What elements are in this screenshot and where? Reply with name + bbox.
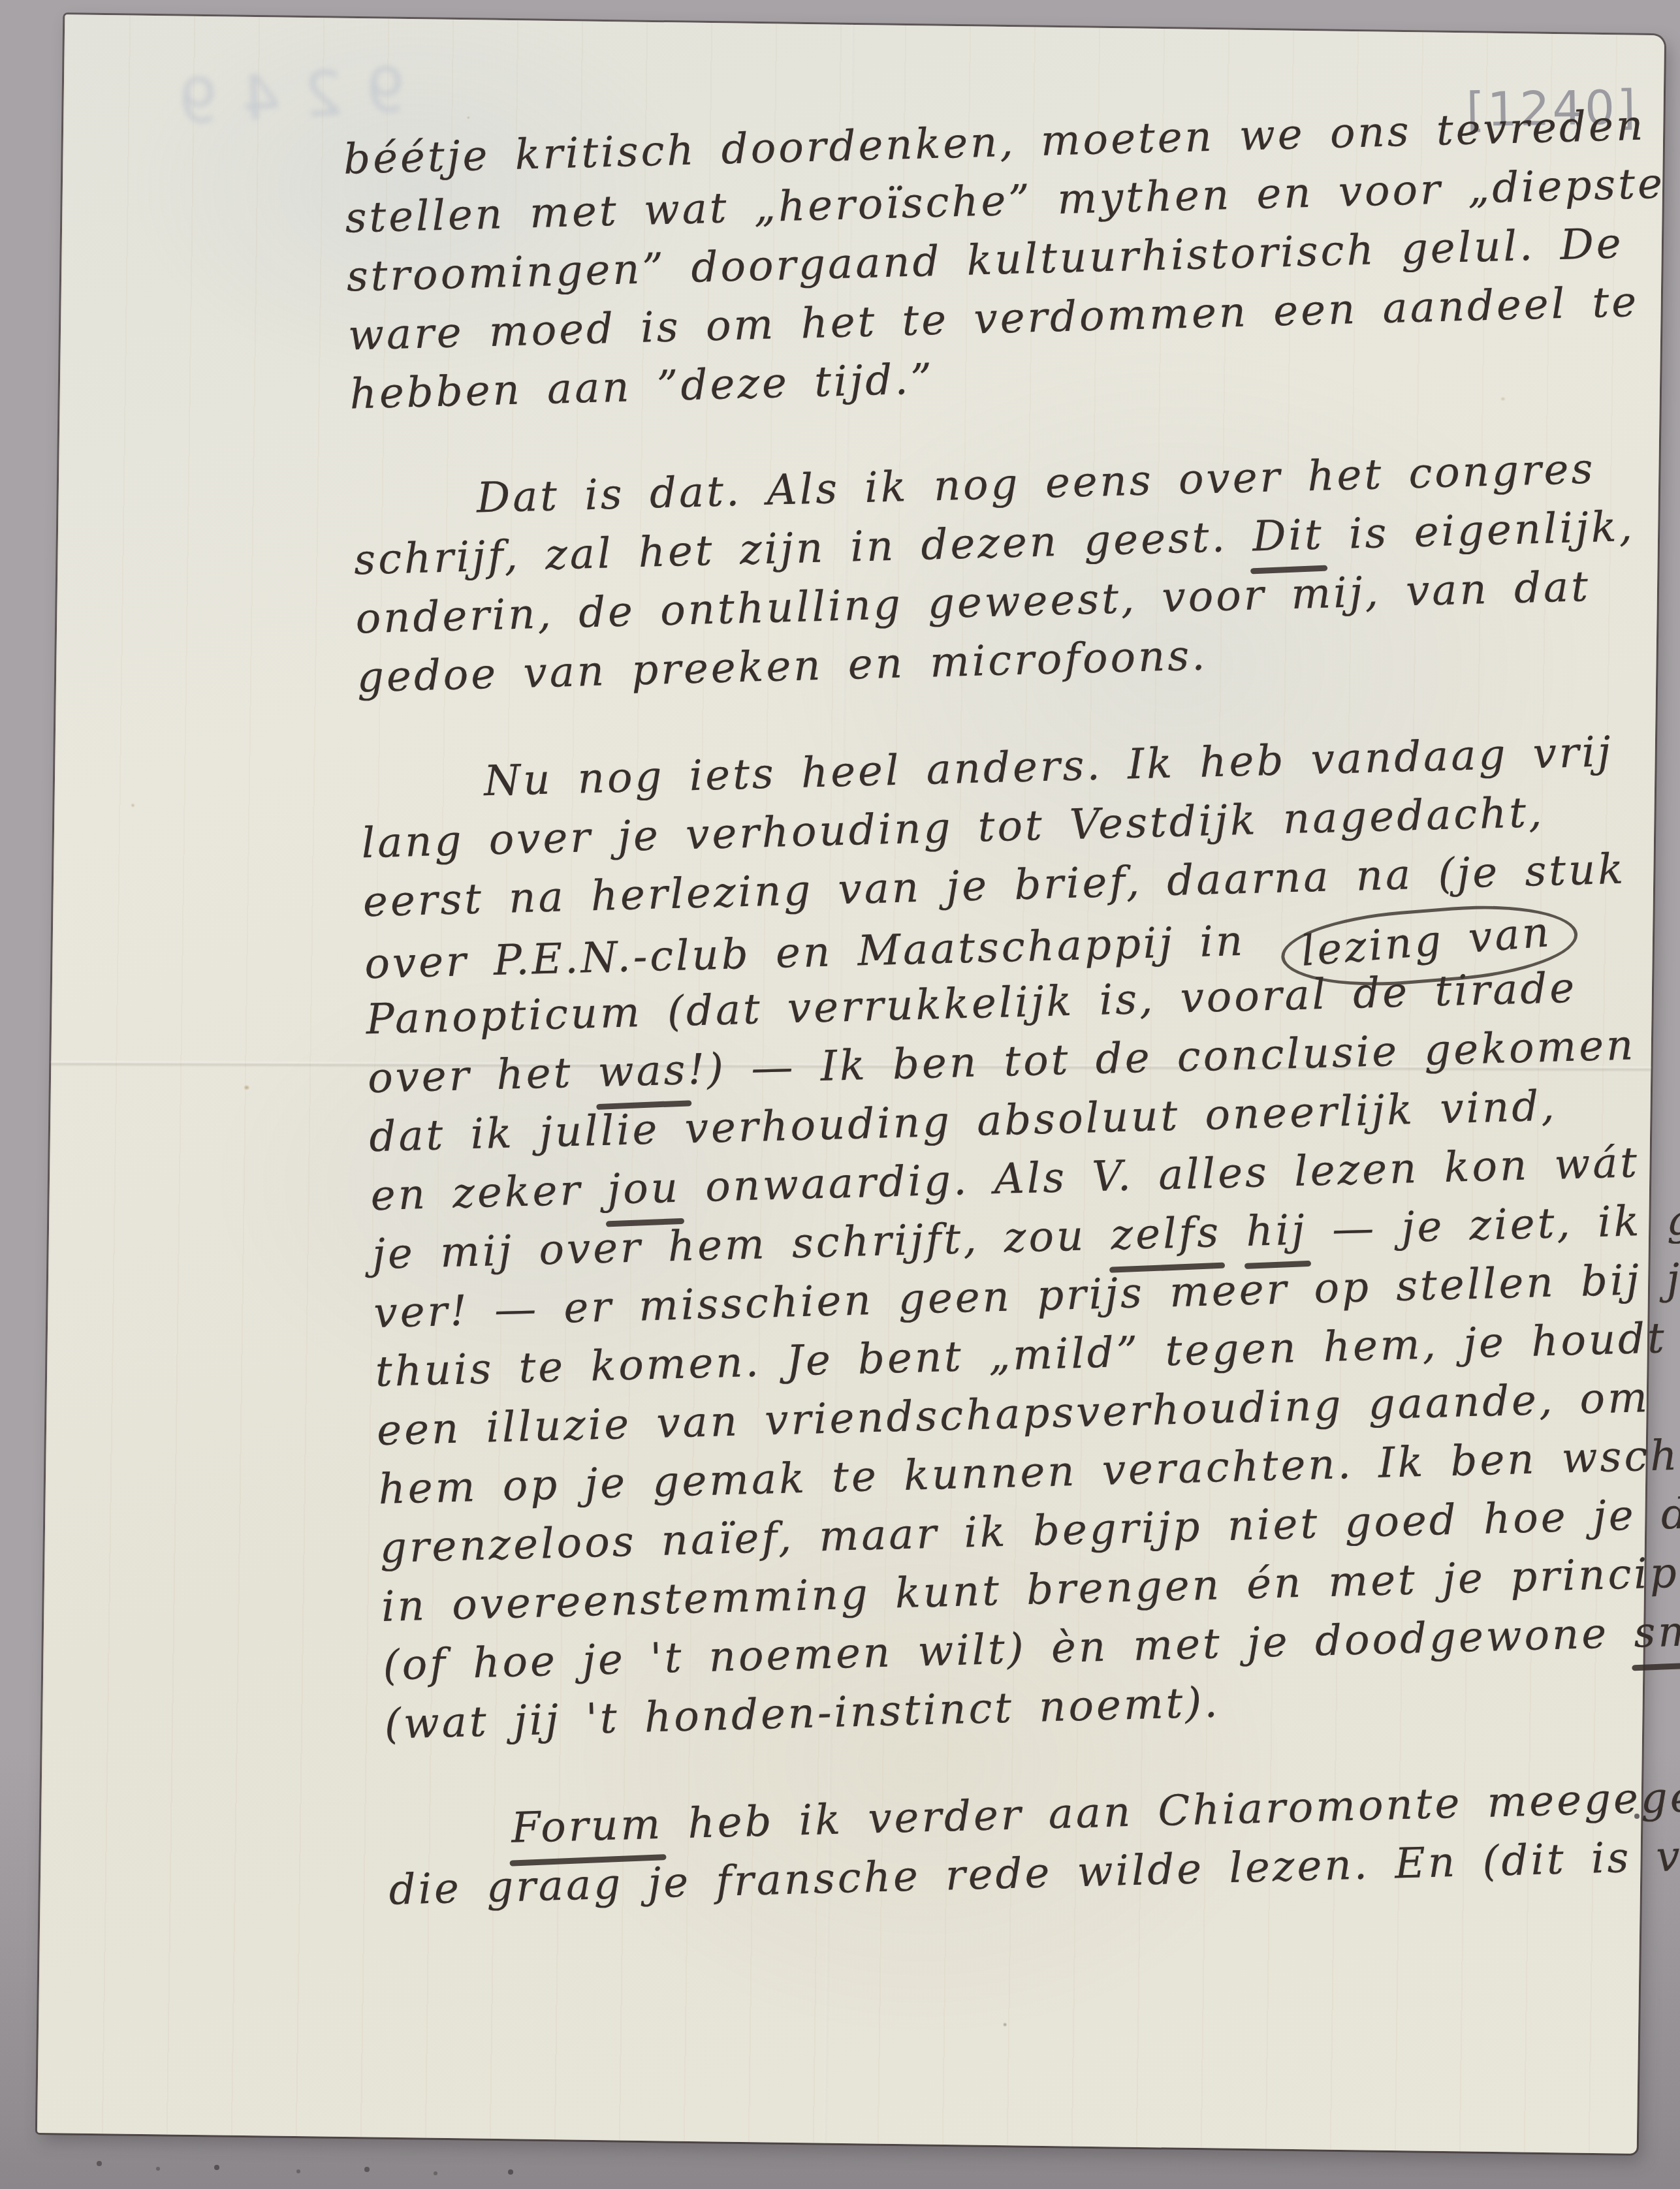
underlined-word: jou xyxy=(607,1159,681,1220)
underlined-word: was xyxy=(597,1041,688,1102)
underlined-word: Forum xyxy=(511,1795,663,1858)
letter-text-segment: — je ziet, ik ga xyxy=(1307,1190,1680,1260)
letter-page: 9249 [1240] béétje kritisch doordenken, … xyxy=(37,14,1664,2154)
underlined-word: zelfs xyxy=(1110,1203,1222,1265)
letter-text-segment: is eigenlijk, xyxy=(1323,497,1636,564)
underlined-word: hij xyxy=(1245,1201,1308,1261)
letter-text-segment: en zeker xyxy=(370,1161,609,1225)
underlined-word: smaak xyxy=(1633,1600,1680,1663)
bleedthrough-number: 9249 xyxy=(153,55,407,140)
letter-body: béétje kritisch doordenken, moeten we on… xyxy=(343,96,1680,1919)
letter-text-segment: over het xyxy=(367,1043,599,1108)
scanner-debris xyxy=(0,0,3,3)
scanner-background: 9249 [1240] béétje kritisch doordenken, … xyxy=(0,0,1680,2189)
letter-text-segment xyxy=(1220,1203,1247,1262)
underlined-word: Dit xyxy=(1252,506,1325,567)
